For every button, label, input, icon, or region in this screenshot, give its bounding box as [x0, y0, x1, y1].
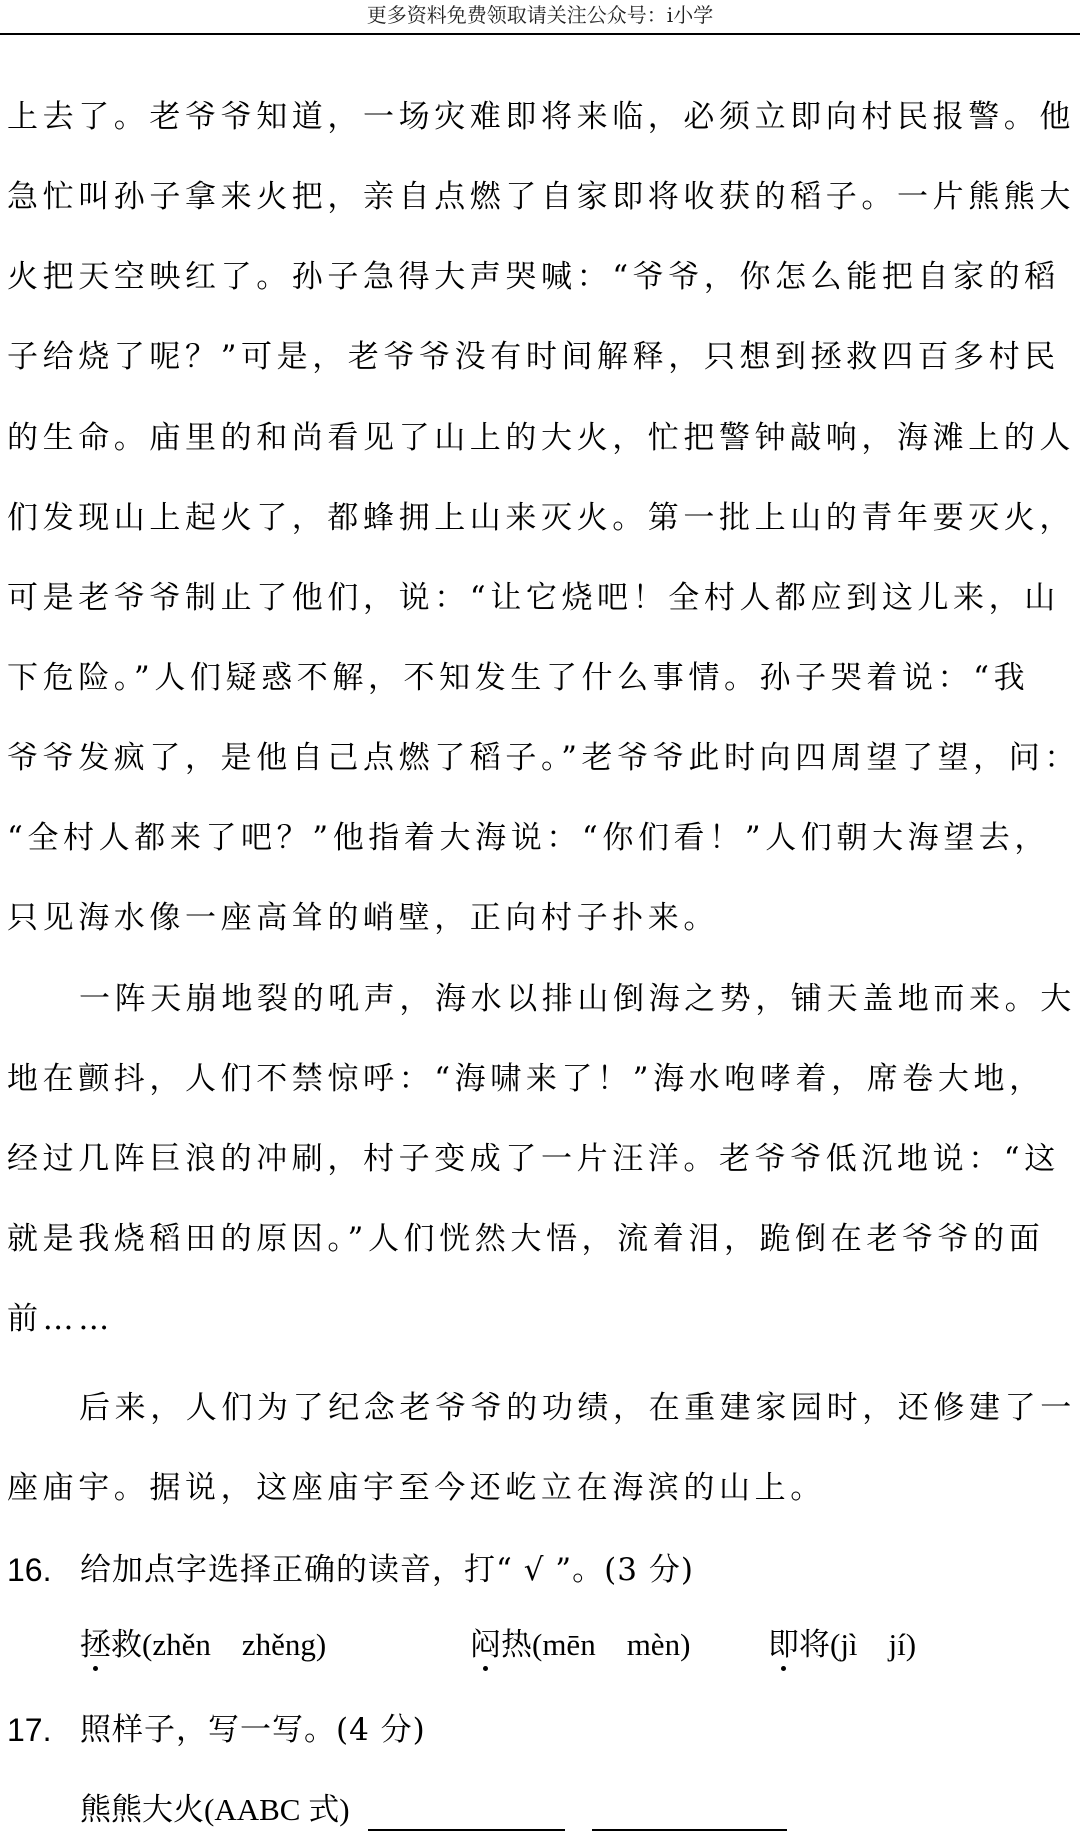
passage-line: 子给烧了呢？”可是，老爷爷没有时间解释，只想到拯救四百多村民 — [7, 337, 1077, 377]
passage-line: 一阵天崩地裂的吼声，海水以排山倒海之势，铺天盖地而来。大 — [79, 979, 1080, 1019]
example-phrase: 熊熊大火(AABC 式) — [80, 1790, 350, 1830]
passage-line: 的生命。庙里的和尚看见了山上的大火，忙把警钟敲响，海滩上的人 — [7, 418, 1077, 458]
passage-line: 爷爷发疯了，是他自己点燃了稻子。”老爷爷此时向四周望了望，问： — [7, 738, 1077, 778]
char: 救 — [111, 1627, 142, 1662]
passage-line: 急忙叫孙子拿来火把，亲自点燃了自家即将收获的稻子。一片熊熊大 — [7, 177, 1077, 217]
header-text: 更多资料免费领取请关注公众号：i小学 — [367, 3, 713, 27]
passage-line: 前…… — [7, 1299, 1077, 1339]
passage-line: 可是老爷爷制止了他们，说：“让它烧吧！全村人都应到这儿来，山 — [7, 578, 1077, 618]
char: 热 — [501, 1627, 532, 1662]
passage-line: 就是我烧稻田的原因。”人们恍然大悟，流着泪，跪倒在老爷爷的面 — [7, 1219, 1077, 1259]
pinyin-choices: (mēn mèn) — [532, 1627, 690, 1662]
dotted-char: 拯 — [80, 1625, 111, 1665]
dotted-char: 闷 — [470, 1625, 501, 1665]
passage-line: 上去了。老爷爷知道，一场灾难即将来临，必须立即向村民报警。他 — [7, 97, 1077, 137]
answer-blank-1[interactable] — [368, 1829, 565, 1831]
pinyin-option-3[interactable]: 即将(jì jí) — [768, 1625, 916, 1665]
pinyin-option-1[interactable]: 拯救(zhěn zhěng) — [80, 1625, 326, 1665]
page-header: 更多资料免费领取请关注公众号：i小学 — [0, 0, 1080, 35]
passage-line: 地在颤抖，人们不禁惊呼：“海啸来了！”海水咆哮着，席卷大地， — [7, 1059, 1077, 1099]
passage-line: 下危险。”人们疑惑不解，不知发生了什么事情。孙子哭着说：“我 — [7, 658, 1077, 698]
question-prompt: 照样子，写一写。(4 分) — [80, 1710, 426, 1750]
pinyin-choices: (zhěn zhěng) — [142, 1627, 326, 1662]
pinyin-option-2[interactable]: 闷热(mēn mèn) — [470, 1625, 690, 1665]
passage-line: 们发现山上起火了，都蜂拥上山来灭火。第一批上山的青年要灭火， — [7, 498, 1077, 538]
passage-line: 后来，人们为了纪念老爷爷的功绩，在重建家园时，还修建了一 — [79, 1388, 1080, 1428]
passage-line: 火把天空映红了。孙子急得大声哭喊：“爷爷，你怎么能把自家的稻 — [7, 257, 1077, 297]
answer-blank-2[interactable] — [592, 1829, 787, 1831]
question-number: 16. — [7, 1550, 51, 1590]
dotted-char: 即 — [768, 1625, 799, 1665]
question-number: 17. — [7, 1710, 51, 1750]
passage-line: 经过几阵巨浪的冲刷，村子变成了一片汪洋。老爷爷低沉地说：“这 — [7, 1139, 1077, 1179]
char: 将 — [799, 1627, 830, 1662]
passage-line: “全村人都来了吧？”他指着大海说：“你们看！”人们朝大海望去， — [7, 818, 1077, 858]
passage-line: 座庙宇。据说，这座庙宇至今还屹立在海滨的山上。 — [7, 1468, 1077, 1508]
pinyin-choices: (jì jí) — [830, 1627, 916, 1662]
question-prompt: 给加点字选择正确的读音，打“ √ ”。(3 分) — [80, 1550, 694, 1590]
passage-line: 只见海水像一座高耸的峭壁，正向村子扑来。 — [7, 898, 1077, 938]
